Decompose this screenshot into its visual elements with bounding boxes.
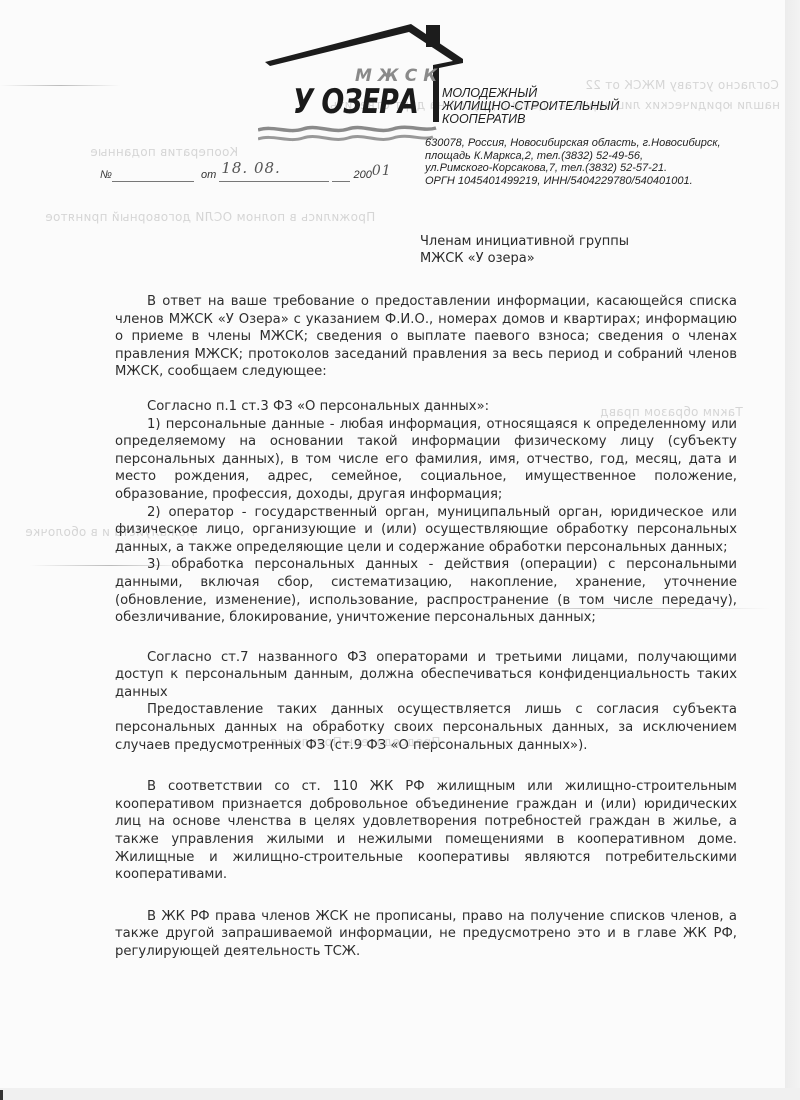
article-7-paragraph: Согласно ст.7 названного ФЗ операторами … — [115, 649, 737, 702]
addressee-line: Членам инициативной группы — [420, 233, 629, 250]
handwritten-year: 01 — [372, 163, 392, 179]
address-line: площадь К.Маркса,2, тел.(3832) 52-49-56, — [425, 150, 721, 163]
address-line: 630078, Россия, Новосибирская область, г… — [425, 137, 721, 150]
company-address: 630078, Россия, Новосибирская область, г… — [425, 137, 721, 187]
year-prefix: 200 — [353, 169, 371, 181]
logo-subtitle-line: КООПЕРАТИВ — [442, 113, 619, 126]
registration-line: № от 18. 08. 20001 — [100, 163, 392, 182]
logo-name: У ОЗЕРА — [293, 82, 418, 122]
addressee-block: Членам инициативной группы МЖСК «У озера… — [420, 233, 629, 267]
definition-personal-data: 1) персональные данные - любая информаци… — [115, 416, 737, 504]
address-line: ОРГН 1045401499219, ИНН/5404229780/54040… — [425, 175, 721, 188]
scan-edge — [785, 0, 800, 1100]
number-label: № — [100, 169, 112, 181]
article-110-paragraph: В соответствии со ст. 110 ЖК РФ жилищным… — [115, 778, 737, 884]
scanned-letter-page: Согласно уставу МЖСК от 22 нашли юридиче… — [0, 0, 786, 1089]
logo-subtitle: МОЛОДЕЖНЫЙ ЖИЛИЩНО-СТРОИТЕЛЬНЫЙ КООПЕРАТ… — [442, 87, 619, 126]
consent-paragraph: Предоставление таких данных осуществляет… — [115, 701, 737, 754]
conclusion-paragraph: В ЖК РФ права членов ЖСК не прописаны, п… — [115, 908, 737, 961]
law-reference: Согласно п.1 ст.3 ФЗ «О персональных дан… — [115, 398, 737, 416]
date-label: от — [201, 169, 216, 181]
company-logo: МЖСК У ОЗЕРА МОЛОДЕЖНЫЙ ЖИЛИЩНО-СТРОИТЕЛ… — [258, 22, 558, 142]
intro-paragraph: В ответ на ваше требование о предоставле… — [115, 293, 737, 381]
bleed-through-text: Прожились в полном ОСЛИ договорный приня… — [45, 210, 375, 224]
address-line: ул.Римского-Корсакова,7, тел.(3832) 52-5… — [425, 162, 721, 175]
addressee-line: МЖСК «У озера» — [420, 250, 629, 267]
definition-operator: 2) оператор - государственный орган, мун… — [115, 504, 737, 557]
scan-bottom-edge — [0, 1088, 800, 1100]
letter-body: В ответ на ваше требование о предоставле… — [115, 293, 737, 961]
handwritten-date: 18. 08. — [221, 159, 280, 177]
definition-processing: 3) обработка персональных данных - дейст… — [115, 556, 737, 626]
paper-fold-mark — [0, 85, 120, 86]
bleed-through-text: Кооператив поданные — [90, 145, 238, 159]
number-blank — [112, 169, 194, 182]
